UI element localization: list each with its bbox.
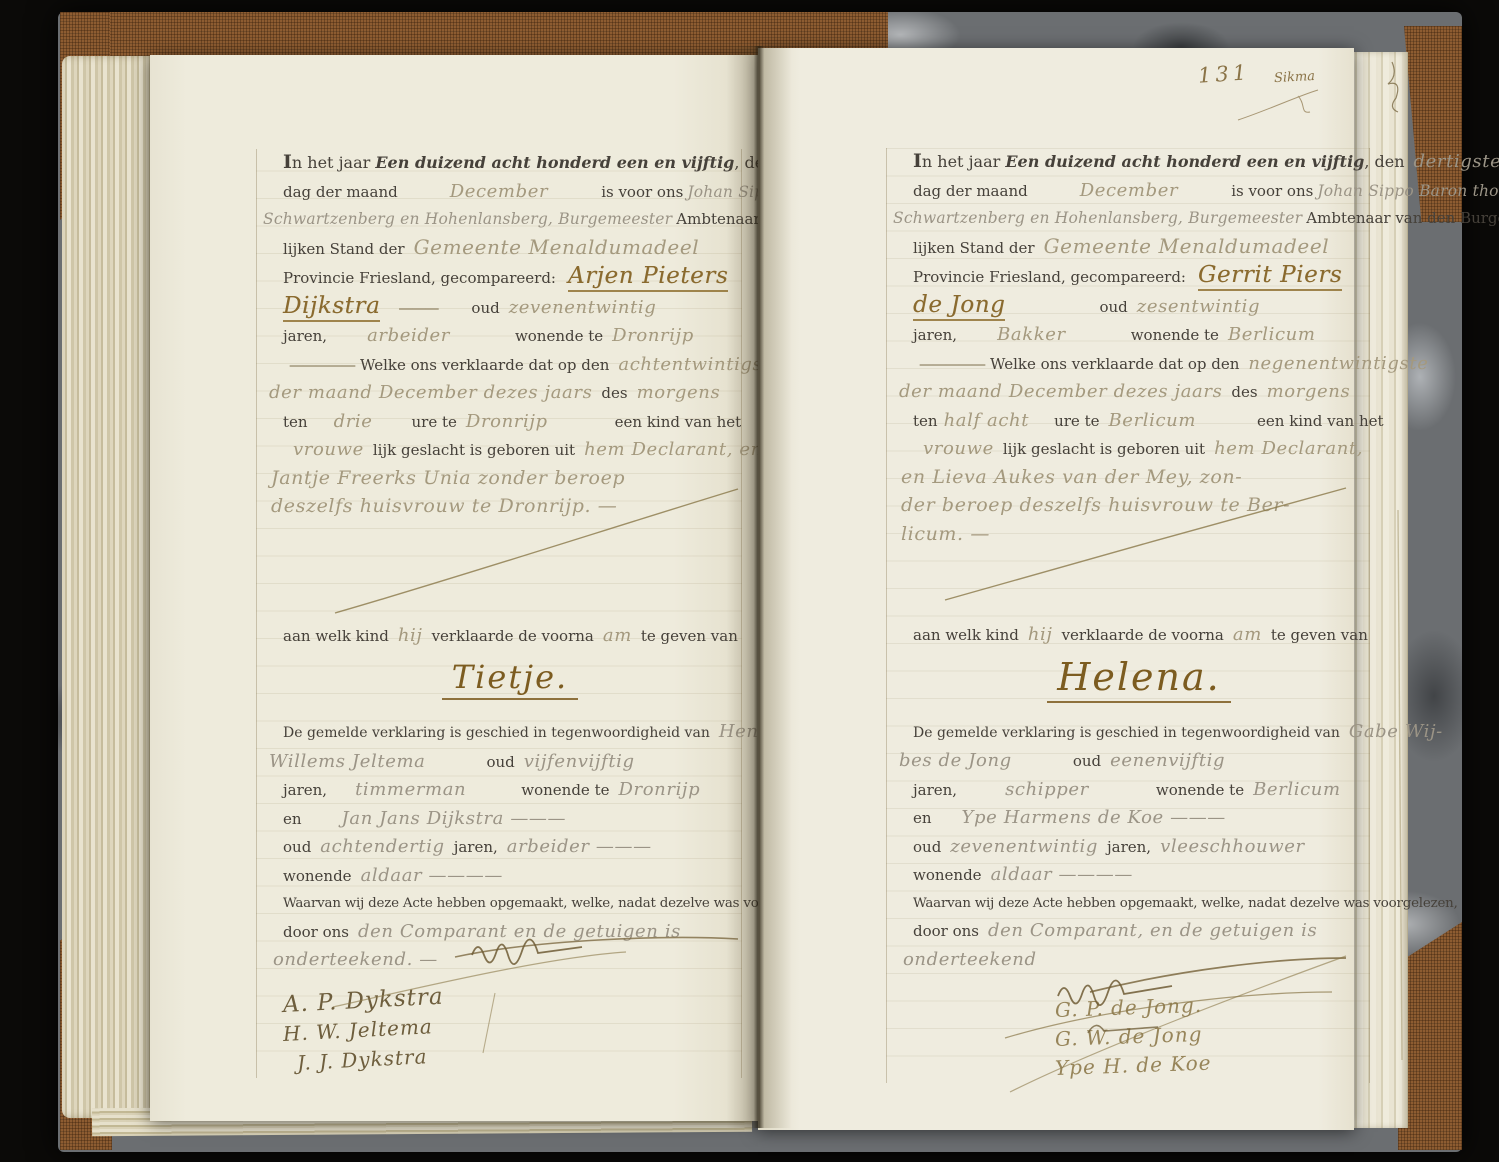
label-in-het-jaar: n het jaar xyxy=(292,153,370,172)
field-witness2-age: zevenentwintig xyxy=(950,836,1098,857)
record-line: In het jaar Een duizend acht honderd een… xyxy=(913,148,1365,177)
label-geslacht: lijk geslacht is geboren uit xyxy=(373,441,575,459)
label-jaren: jaren, xyxy=(283,781,327,799)
label-wonende-te: wonende te xyxy=(1131,326,1219,344)
record-line: onderteekend xyxy=(913,946,1365,975)
margin-note-underline xyxy=(1238,90,1318,120)
label-door-ons: door ons xyxy=(913,922,979,940)
label-oud: oud xyxy=(283,838,311,856)
label-ure-te: ure te xyxy=(1054,412,1099,430)
record-line: De gemelde verklaring is geschied in teg… xyxy=(283,718,737,748)
birth-record-left: In het jaar Een duizend acht honderd een… xyxy=(256,149,742,1078)
label-te-geven-van: te geven van xyxy=(641,627,738,645)
page-stack-left-edge xyxy=(62,56,156,1118)
record-line: —————Welke ons verklaarde dat op denacht… xyxy=(283,351,737,380)
label-provincie: Provincie Friesland, gecompareerd: xyxy=(283,269,556,287)
field-witness1-name-b: Willems Jeltema xyxy=(269,751,425,772)
field-sex: vrouwe xyxy=(293,439,364,460)
record-line: wonendealdaar ———— xyxy=(283,862,737,891)
record-line: en Lieva Aukes van der Mey, zon- xyxy=(913,464,1365,493)
field-daypart: morgens xyxy=(1267,381,1351,402)
void-space xyxy=(283,522,737,622)
record-line: enJan Jans Dijkstra ——— xyxy=(283,805,737,834)
record-line: enYpe Harmens de Koe ——— xyxy=(913,804,1365,833)
signature-block: G. P. de Jong. G. W. de Jong Ype H. de K… xyxy=(1055,996,1365,1083)
record-line: De gemelde verklaring is geschied in teg… xyxy=(913,718,1365,748)
label-ure-te: ure te xyxy=(412,413,457,431)
label-is-voor-ons: is voor ons xyxy=(1231,182,1313,200)
field-official-1: Johan Sippo Baron thoe xyxy=(1317,182,1499,200)
label-ten: ten xyxy=(913,412,938,430)
field-mother-3: deszelfs huisvrouw te Dronrijp. — xyxy=(271,495,617,517)
record-line: Waarvan wij deze Acte hebben opgemaakt, … xyxy=(913,890,1365,918)
field-comparant-last-name: de Jong xyxy=(913,292,1005,321)
label-lijken-stand: lijken Stand der xyxy=(283,240,405,258)
label-een-kind: een kind van het xyxy=(1257,412,1384,430)
label-dag-der-maand: dag der maand xyxy=(913,182,1028,200)
label-door-ons: door ons xyxy=(283,923,349,941)
drop-initial: I xyxy=(913,150,922,172)
field-comparant-last-name: Dijkstra xyxy=(283,293,380,322)
label-jaren: jaren, xyxy=(913,781,957,799)
record-line: lijken Stand derGemeente Menaldumadeel xyxy=(283,234,737,264)
record-line: jaren,timmermanwonende teDronrijp xyxy=(283,776,737,805)
book-scan: In het jaar Een duizend acht honderd een… xyxy=(0,0,1499,1162)
label-aan-welk-kind: aan welk kind xyxy=(913,626,1019,644)
label-wonende: wonende xyxy=(913,866,982,884)
field-closing-1: den Comparant, en de getuigen is xyxy=(988,920,1317,941)
label-oud: oud xyxy=(913,838,941,856)
record-line: der maand December dezes jaarsdesmorgens xyxy=(913,378,1365,407)
label-des: des xyxy=(601,384,627,402)
field-witness1-age: eenenvijftig xyxy=(1110,750,1225,771)
field-occupation: Bakker xyxy=(997,324,1066,345)
field-witness1-residence: Berlicum xyxy=(1253,779,1341,800)
field-sex: vrouwe xyxy=(923,438,994,459)
record-line: licum. — xyxy=(913,521,1365,550)
record-line: dag der maandDecemberis voor onsJohan Si… xyxy=(913,177,1365,206)
field-hour: half acht xyxy=(944,410,1030,431)
field-closing-2: onderteekend xyxy=(903,949,1037,970)
child-name-line: Tietje. xyxy=(283,650,737,704)
field-official-2: Schwartzenberg en Hohenlansberg, Burgeme… xyxy=(893,209,1302,227)
label-wonende: wonende xyxy=(283,867,352,885)
label-wonende-te: wonende te xyxy=(521,781,609,799)
field-month: December xyxy=(1080,180,1178,201)
record-line: door onsden Comparant en de getuigen is xyxy=(283,918,737,947)
label-year: Een duizend acht honderd een en vijftig xyxy=(375,153,734,172)
label-oud: oud xyxy=(486,753,514,771)
label-year: Een duizend acht honderd een en vijftig xyxy=(1005,152,1364,171)
record-line: oudzevenentwintigjaren,vleeschhouwer xyxy=(913,833,1365,862)
field-age: zesentwintig xyxy=(1137,296,1260,317)
signature-block: A. P. Dykstra H. W. Jeltema J. J. Dykstr… xyxy=(283,991,737,1078)
birth-record-right: In het jaar Een duizend acht honderd een… xyxy=(886,148,1370,1083)
label-welke-ons: Welke ons verklaarde dat op den xyxy=(360,356,609,374)
label-oud: oud xyxy=(471,299,499,317)
record-line: jaren,schipperwonende teBerlicum xyxy=(913,776,1365,805)
record-line: tenhalf achture teBerlicumeen kind van h… xyxy=(913,407,1365,436)
record-line: wonendealdaar ———— xyxy=(913,861,1365,890)
field-birth-rest: der maand December dezes jaars xyxy=(899,381,1222,402)
left-page: In het jaar Een duizend acht honderd een… xyxy=(150,55,758,1121)
record-line: jaren,Bakkerwonende teBerlicum xyxy=(913,321,1365,350)
field-mother-4: licum. — xyxy=(901,523,990,545)
label-ambtenaar: Ambtenaar van den Burger- xyxy=(1306,209,1499,227)
field-month: December xyxy=(450,181,548,202)
field-witness1-age: vijfenvijftig xyxy=(524,751,635,772)
record-line: aan welk kindhijverklaarde de voornaamte… xyxy=(913,621,1365,650)
drop-initial: I xyxy=(283,151,292,173)
margin-annotation: Sikma xyxy=(1274,69,1316,86)
field-child-name: Tietje. xyxy=(442,658,578,700)
field-pronoun: hij xyxy=(1028,624,1053,645)
field-mother-2: en Lieva Aukes van der Mey, zon- xyxy=(901,466,1242,488)
record-line: der maand December dezes jaarsdesmorgens xyxy=(283,379,737,408)
record-line: Waarvan wij deze Acte hebben opgemaakt, … xyxy=(283,890,737,918)
label-lijken-stand: lijken Stand der xyxy=(913,239,1035,257)
record-line: —————Welke ons verklaarde dat op dennege… xyxy=(913,350,1365,379)
field-gemeente: Gemeente Menaldumadeel xyxy=(414,235,700,259)
label-oud: oud xyxy=(1099,298,1127,316)
field-mother-1: hem Declarant, xyxy=(1214,438,1363,459)
field-witness2-occupation: vleeschhouwer xyxy=(1160,836,1305,857)
field-witness2-occupation: arbeider ——— xyxy=(507,836,652,857)
label-wonende-te: wonende te xyxy=(1156,781,1244,799)
record-line: bes de Jongoudeenenvijftig xyxy=(913,747,1365,776)
field-comparant-first-name: Arjen Pieters xyxy=(568,263,728,292)
ink-dash: ——— xyxy=(398,299,437,317)
record-line: de Jongoudzesentwintig xyxy=(913,292,1365,322)
label-jaren: jaren, xyxy=(913,326,957,344)
label-dag-der-maand: dag der maand xyxy=(283,183,398,201)
record-line: Provincie Friesland, gecompareerd:Arjen … xyxy=(283,263,737,293)
label-getuigen-intro: De gemelde verklaring is geschied in teg… xyxy=(283,725,710,741)
label-jaren: jaren, xyxy=(1107,838,1151,856)
record-line: deszelfs huisvrouw te Dronrijp. — xyxy=(283,493,737,522)
field-birth-rest: der maand December dezes jaars xyxy=(269,382,592,403)
field-day: dertigsten xyxy=(1414,151,1499,172)
field-witness2-name: Jan Jans Dijkstra ——— xyxy=(342,808,567,829)
label-provincie: Provincie Friesland, gecompareerd: xyxy=(913,268,1186,286)
label-den: , den xyxy=(1364,152,1404,171)
field-residence: Dronrijp xyxy=(612,325,694,346)
field-mother-3: der beroep deszelfs huisvrouw te Ber- xyxy=(901,494,1290,516)
record-line: vrouwelijk geslacht is geboren uithem De… xyxy=(913,435,1365,464)
page-number: 131 xyxy=(1197,60,1251,88)
record-line: lijken Stand derGemeente Menaldumadeel xyxy=(913,233,1365,263)
label-jaren: jaren, xyxy=(454,838,498,856)
field-daypart: morgens xyxy=(637,382,721,403)
book-gutter-shadow xyxy=(726,46,792,1128)
field-birth-day: negenentwintigste xyxy=(1248,353,1428,374)
ink-dash: ————— xyxy=(289,356,354,374)
field-closing-1: den Comparant en de getuigen is xyxy=(358,921,681,942)
field-witness1-name-a: Gabe Wij- xyxy=(1349,721,1443,742)
label-een-kind: een kind van het xyxy=(615,413,742,431)
field-mother-2: Jantje Freerks Unia zonder beroep xyxy=(271,467,625,489)
field-witness2-residence: aldaar ———— xyxy=(361,865,503,886)
field-witness2-name: Ype Harmens de Koe ——— xyxy=(962,807,1226,828)
field-name-suffix: am xyxy=(1233,624,1262,645)
field-witness1-occupation: schipper xyxy=(1005,779,1089,800)
right-page: 131 Sikma In het jaar Een duizend acht h… xyxy=(758,48,1354,1130)
label-aan-welk-kind: aan welk kind xyxy=(283,627,389,645)
field-witness1-residence: Dronrijp xyxy=(619,779,701,800)
label-des: des xyxy=(1231,383,1257,401)
field-occupation: arbeider xyxy=(367,325,450,346)
field-birthplace: Berlicum xyxy=(1108,410,1196,431)
record-line: Willems Jeltemaoudvijfenvijftig xyxy=(283,748,737,777)
field-witness2-residence: aldaar ———— xyxy=(991,864,1133,885)
field-age: zevenentwintig xyxy=(509,297,657,318)
field-pronoun: hij xyxy=(398,625,423,646)
record-line: Jantje Freerks Unia zonder beroep xyxy=(283,465,737,494)
label-geslacht: lijk geslacht is geboren uit xyxy=(1003,440,1205,458)
record-line: Schwartzenberg en Hohenlansberg, Burgeme… xyxy=(913,205,1365,233)
field-hour: drie xyxy=(334,411,373,432)
label-welke-ons: Welke ons verklaarde dat op den xyxy=(990,355,1239,373)
field-birthplace: Dronrijp xyxy=(466,411,548,432)
label-en: en xyxy=(283,810,302,828)
label-te-geven-van: te geven van xyxy=(1271,626,1368,644)
label-is-voor-ons: is voor ons xyxy=(601,183,683,201)
label-en: en xyxy=(913,809,932,827)
record-line: In het jaar Een duizend acht honderd een… xyxy=(283,149,737,178)
record-line: tendrieure teDronrijpeen kind van het xyxy=(283,408,737,437)
record-line: der beroep deszelfs huisvrouw te Ber- xyxy=(913,492,1365,521)
field-comparant-first-name: Gerrit Piers xyxy=(1198,262,1342,291)
record-line: door onsden Comparant, en de getuigen is xyxy=(913,917,1365,946)
label-ten: ten xyxy=(283,413,308,431)
child-name-line: Helena. xyxy=(913,650,1365,704)
record-line: Schwartzenberg en Hohenlansberg, Burgeme… xyxy=(283,206,737,234)
record-line: aan welk kindhijverklaarde de voornaamte… xyxy=(283,622,737,651)
record-line: oudachtendertigjaren,arbeider ——— xyxy=(283,833,737,862)
field-residence: Berlicum xyxy=(1228,324,1316,345)
label-oud: oud xyxy=(1073,752,1101,770)
field-closing-2: onderteekend. — xyxy=(273,949,438,970)
field-child-name: Helena. xyxy=(1047,655,1230,703)
label-verklaarde: verklaarde de voorna xyxy=(1062,626,1224,644)
record-line: Provincie Friesland, gecompareerd:Gerrit… xyxy=(913,262,1365,292)
field-name-suffix: am xyxy=(603,625,632,646)
record-line: jaren,arbeiderwonende teDronrijp xyxy=(283,322,737,351)
field-gemeente: Gemeente Menaldumadeel xyxy=(1044,234,1330,258)
record-line: dag der maandDecemberis voor onsJohan Si… xyxy=(283,178,737,207)
label-getuigen-intro: De gemelde verklaring is geschied in teg… xyxy=(913,725,1340,741)
field-witness1-name-b: bes de Jong xyxy=(899,750,1012,771)
label-waarvan: Waarvan wij deze Acte hebben opgemaakt, … xyxy=(913,896,1458,911)
void-space xyxy=(913,549,1365,621)
ink-dash: ————— xyxy=(919,355,984,373)
field-witness1-occupation: timmerman xyxy=(355,779,466,800)
field-official-2: Schwartzenberg en Hohenlansberg, Burgeme… xyxy=(263,210,672,228)
label-jaren: jaren, xyxy=(283,327,327,345)
field-witness2-age: achtendertig xyxy=(320,836,444,857)
label-verklaarde: verklaarde de voorna xyxy=(432,627,594,645)
label-in-het-jaar: n het jaar xyxy=(922,152,1000,171)
label-wonende-te: wonende te xyxy=(515,327,603,345)
record-line: Dijkstra———oudzevenentwintig xyxy=(283,293,737,323)
record-line: vrouwelijk geslacht is geboren uithem De… xyxy=(283,436,737,465)
